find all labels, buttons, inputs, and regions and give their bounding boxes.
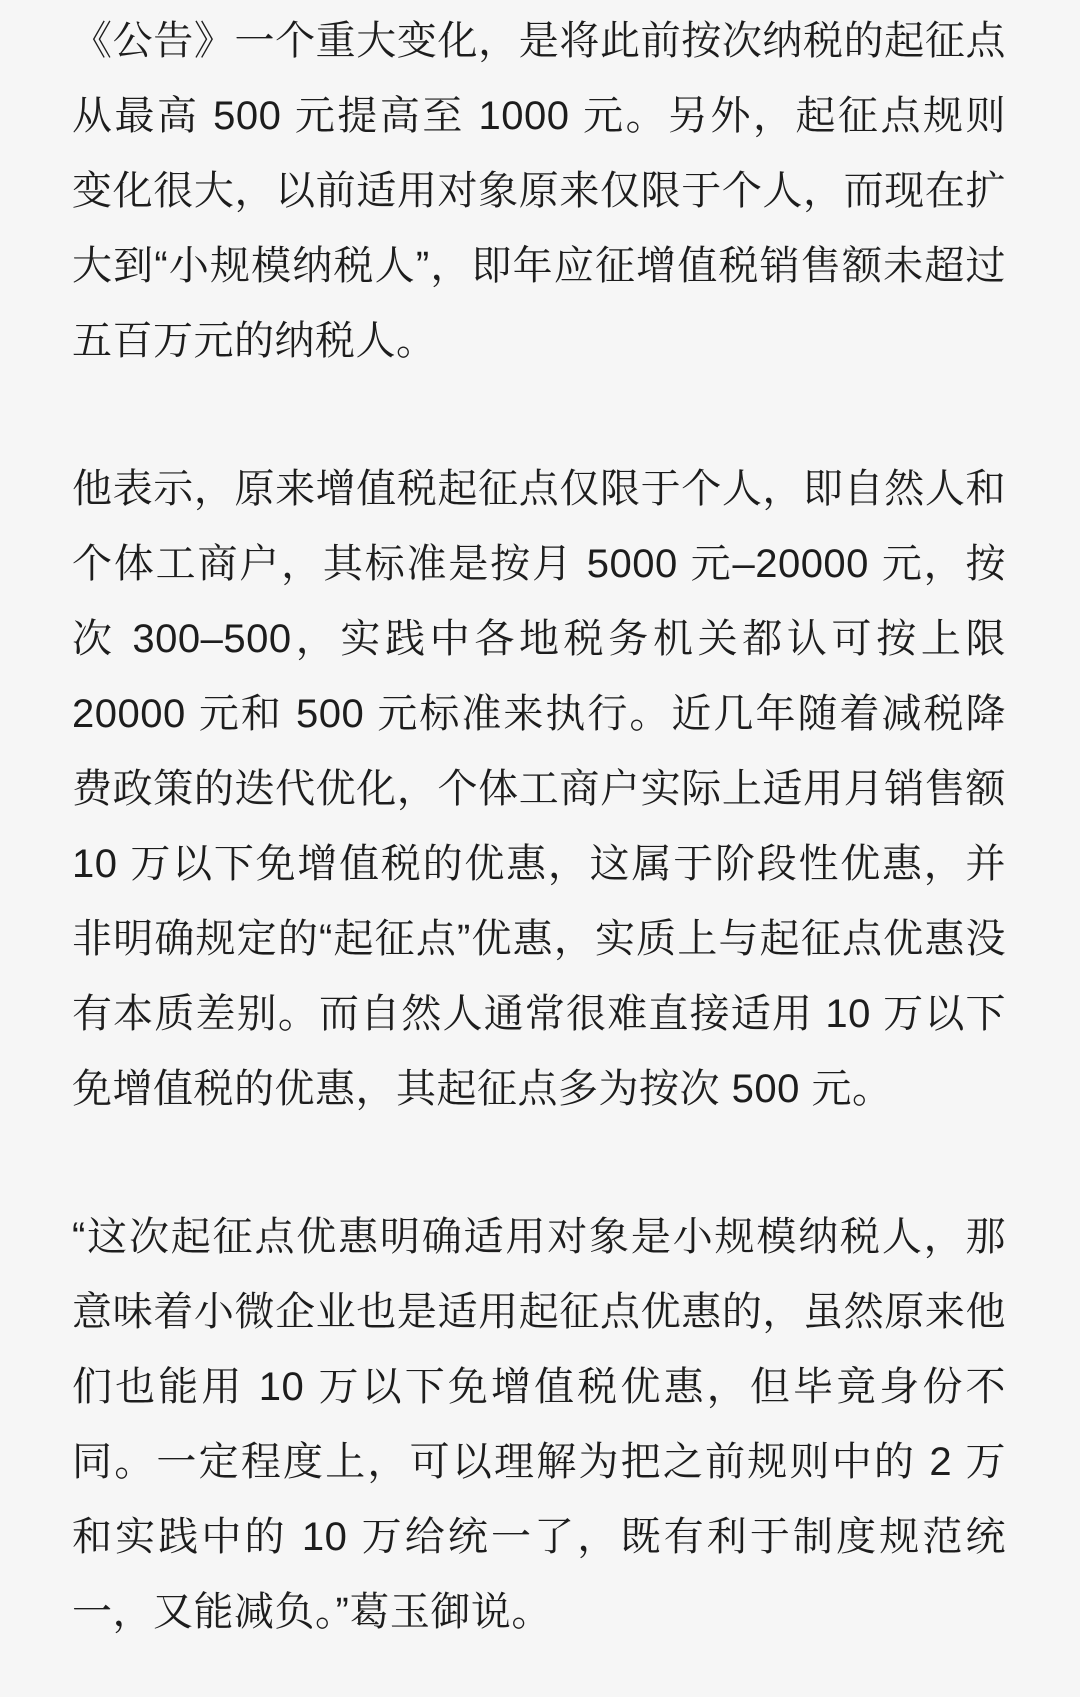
article-paragraph-3: “这次起征点优惠明确适用对象是小规模纳税人，那意味着小微企业也是适用起征点优惠的… xyxy=(72,1200,1006,1650)
article-paragraph-2: 他表示，原来增值税起征点仅限于个人，即自然人和个体工商户，其标准是按月 5000… xyxy=(72,452,1006,1127)
article-page: 《公告》一个重大变化，是将此前按次纳税的起征点从最高 500 元提高至 1000… xyxy=(0,0,1080,1697)
article-body: 《公告》一个重大变化，是将此前按次纳税的起征点从最高 500 元提高至 1000… xyxy=(72,4,1006,1650)
article-paragraph-1: 《公告》一个重大变化，是将此前按次纳税的起征点从最高 500 元提高至 1000… xyxy=(72,4,1006,379)
